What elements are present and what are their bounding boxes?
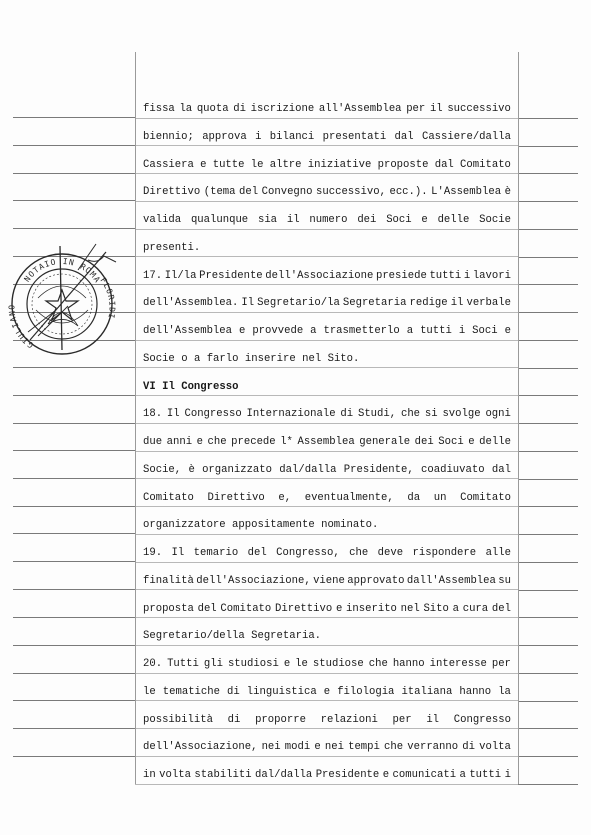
margin-rule-left — [13, 533, 135, 534]
seal-left-text: GIULIANO — [8, 304, 35, 350]
text-line: VIIlCongresso — [143, 374, 511, 402]
margin-rule-right — [518, 284, 578, 285]
document-body: fissalaquotadiiscrizioneall'Assembleaper… — [143, 96, 511, 790]
margin-rule-right — [518, 368, 578, 369]
text-line: Segretario/dellaSegretaria. — [143, 623, 511, 651]
text-line: Cassieraetuttelealtreiniziativeproposted… — [143, 152, 511, 180]
margin-rule-left — [13, 145, 135, 146]
text-line: Direttivo(temadelConvegnosuccessivo,ecc.… — [143, 179, 511, 207]
right-margin-rule — [518, 52, 519, 784]
margin-rule-left — [13, 728, 135, 729]
margin-rule-left — [13, 228, 135, 229]
margin-rule-left — [13, 756, 135, 757]
text-line: dueanniecheprecedel*Assembleageneraledei… — [143, 429, 511, 457]
margin-rule-right — [518, 617, 578, 618]
margin-rule-left — [13, 173, 135, 174]
svg-text:GIULIANO: GIULIANO — [8, 304, 35, 350]
margin-rule-right — [518, 673, 578, 674]
margin-rule-right — [518, 257, 578, 258]
margin-rule-left — [13, 700, 135, 701]
text-line: Socie,èorganizzatodal/dallaPresidente,co… — [143, 457, 511, 485]
text-line: fissalaquotadiiscrizioneall'Assembleaper… — [143, 96, 511, 124]
text-line: letematichedilinguisticaefilologiaitalia… — [143, 679, 511, 707]
margin-rule-right — [518, 562, 578, 563]
text-line: organizzatoreappositamentenominato. — [143, 512, 511, 540]
margin-rule-left — [13, 478, 135, 479]
text-line: finalitàdell'Associazione,vieneapprovato… — [143, 568, 511, 596]
text-line: 19.IltemariodelCongresso,chedeverisponde… — [143, 540, 511, 568]
margin-rule-right — [518, 784, 578, 785]
margin-rule-right — [518, 645, 578, 646]
margin-rule-right — [518, 534, 578, 535]
margin-rule-right — [518, 118, 578, 119]
margin-rule-right — [518, 451, 578, 452]
margin-rule-right — [518, 312, 578, 313]
text-line: presenti. — [143, 235, 511, 263]
margin-rule-right — [518, 229, 578, 230]
margin-rule-left — [13, 367, 135, 368]
margin-rule-right — [518, 506, 578, 507]
margin-rule-left — [13, 673, 135, 674]
margin-rule-right — [518, 423, 578, 424]
margin-rule-left — [13, 117, 135, 118]
document-page: NOTAIO IN ROMA GIULIANO FLORIDI fissalaq… — [0, 0, 591, 835]
text-line: validaqualunquesiailnumerodeiSociedelleS… — [143, 207, 511, 235]
text-line: ComitatoDirettivoe,eventualmente,daunCom… — [143, 485, 511, 513]
margin-rule-right — [518, 756, 578, 757]
text-line: possibilitàdiproporrerelazioniperilCongr… — [143, 707, 511, 735]
text-line: involtastabilitidal/dallaPresidenteecomu… — [143, 762, 511, 790]
margin-rule-left — [13, 423, 135, 424]
margin-rule-right — [518, 146, 578, 147]
margin-rule-right — [518, 590, 578, 591]
notary-seal-icon: NOTAIO IN ROMA GIULIANO FLORIDI — [8, 240, 120, 358]
text-line: 17.Il/laPresidentedell'Associazionepresi… — [143, 263, 511, 291]
margin-rule-left — [13, 645, 135, 646]
margin-rule-right — [518, 201, 578, 202]
margin-rule-right — [518, 340, 578, 341]
text-line: dell'Assemblea.IlSegretario/laSegretaria… — [143, 290, 511, 318]
margin-rule-left — [13, 589, 135, 590]
left-margin-rule — [135, 52, 136, 784]
margin-rule-left — [13, 617, 135, 618]
margin-rule-left — [13, 561, 135, 562]
margin-rule-left — [13, 506, 135, 507]
margin-rule-right — [518, 173, 578, 174]
margin-rule-right — [518, 395, 578, 396]
margin-rule-right — [518, 701, 578, 702]
text-line: dell'Assembleaeprovvedeatrasmetterloatut… — [143, 318, 511, 346]
text-line: 18.IlCongressoInternazionalediStudi,ches… — [143, 401, 511, 429]
margin-rule-left — [13, 200, 135, 201]
margin-rule-left — [13, 395, 135, 396]
text-line: biennio;approvaibilancipresentatidalCass… — [143, 124, 511, 152]
margin-rule-right — [518, 728, 578, 729]
margin-rule-right — [518, 479, 578, 480]
text-line: 20.Tuttiglistudiosielestudiosechehannoin… — [143, 651, 511, 679]
margin-rule-left — [13, 450, 135, 451]
text-line: propostadelComitatoDirettivoeinseritonel… — [143, 596, 511, 624]
text-line: SocieoafarloinserirenelSito. — [143, 346, 511, 374]
text-line: dell'Associazione,neimodieneitempichever… — [143, 734, 511, 762]
